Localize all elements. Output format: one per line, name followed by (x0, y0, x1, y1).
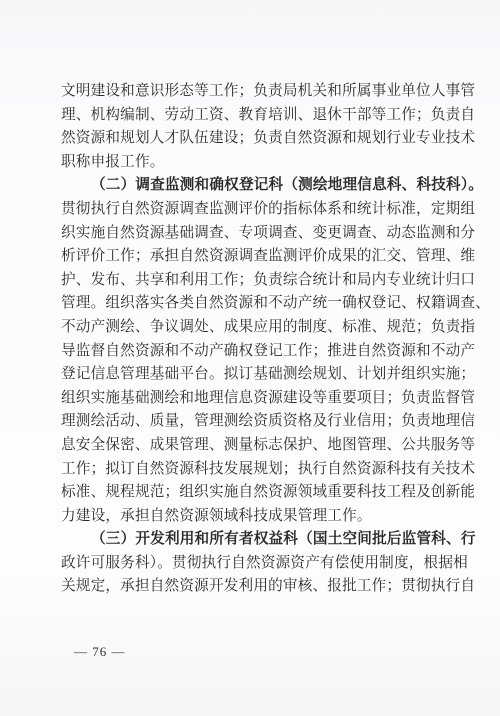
section-heading-2: （二）调查监测和确权登记科（测绘地理信息科、科技科）。 (61, 173, 449, 197)
text-line: 文明建设和意识形态等工作；负责局机关和所属事业单位人事管 (61, 79, 449, 103)
text-line: 不动产测绘、争议调处、成果应用的制度、标准、规范；负责指 (61, 315, 449, 339)
text-line: 导监督自然资源和不动产确权登记工作；推进自然资源和不动产 (61, 339, 449, 363)
text-line: 组织实施基础测绘和地理信息资源建设等重要项目；负责监督管 (61, 386, 449, 410)
text-line: 理、机构编制、劳动工资、教育培训、退休干部等工作；负责自 (61, 103, 449, 127)
text-line: 贯彻执行自然资源调查监测评价的指标体系和统计标准，定期组 (61, 197, 449, 221)
text-line: 工作；拟订自然资源科技发展规划；执行自然资源科技有关技术 (61, 457, 449, 481)
text-line: 析评价工作；承担自然资源调查监测评价成果的汇交、管理、维 (61, 244, 449, 268)
text-line: 登记信息管理基础平台。拟订基础测绘规划、计划并组织实施； (61, 362, 449, 386)
text-line: 政许可服务科）。贯彻执行自然资源资产有偿使用制度，根据相 (61, 551, 449, 575)
document-page: 文明建设和意识形态等工作；负责局机关和所属事业单位人事管 理、机构编制、劳动工资… (0, 0, 500, 716)
text-line: 然资源和规划人才队伍建设；负责自然资源和规划行业专业技术 (61, 126, 449, 150)
text-line: 息安全保密、成果管理、测量标志保护、地图管理、公共服务等 (61, 433, 449, 457)
section-heading-3: （三）开发利用和所有者权益科（国土空间批后监管科、行 (61, 527, 449, 551)
text-line: 标准、规程规范；组织实施自然资源领域重要科技工程及创新能 (61, 480, 449, 504)
text-line: 理测绘活动、质量，管理测绘资质资格及行业信用；负责地理信 (61, 409, 449, 433)
page-number: — 76 — (74, 644, 126, 660)
text-line: 力建设，承担自然资源领域科技成果管理工作。 (61, 504, 449, 528)
text-line: 织实施自然资源基础调查、专项调查、变更调查、动态监测和分 (61, 221, 449, 245)
text-line: 职称申报工作。 (61, 150, 449, 174)
text-line: 护、发布、共享和利用工作；负责综合统计和局内专业统计归口 (61, 268, 449, 292)
text-line: 管理。组织落实各类自然资源和不动产统一确权登记、权籍调查、 (61, 291, 449, 315)
document-body: 文明建设和意识形态等工作；负责局机关和所属事业单位人事管 理、机构编制、劳动工资… (61, 79, 449, 598)
text-line: 关规定，承担自然资源开发利用的审核、报批工作；贯彻执行自 (61, 574, 449, 598)
